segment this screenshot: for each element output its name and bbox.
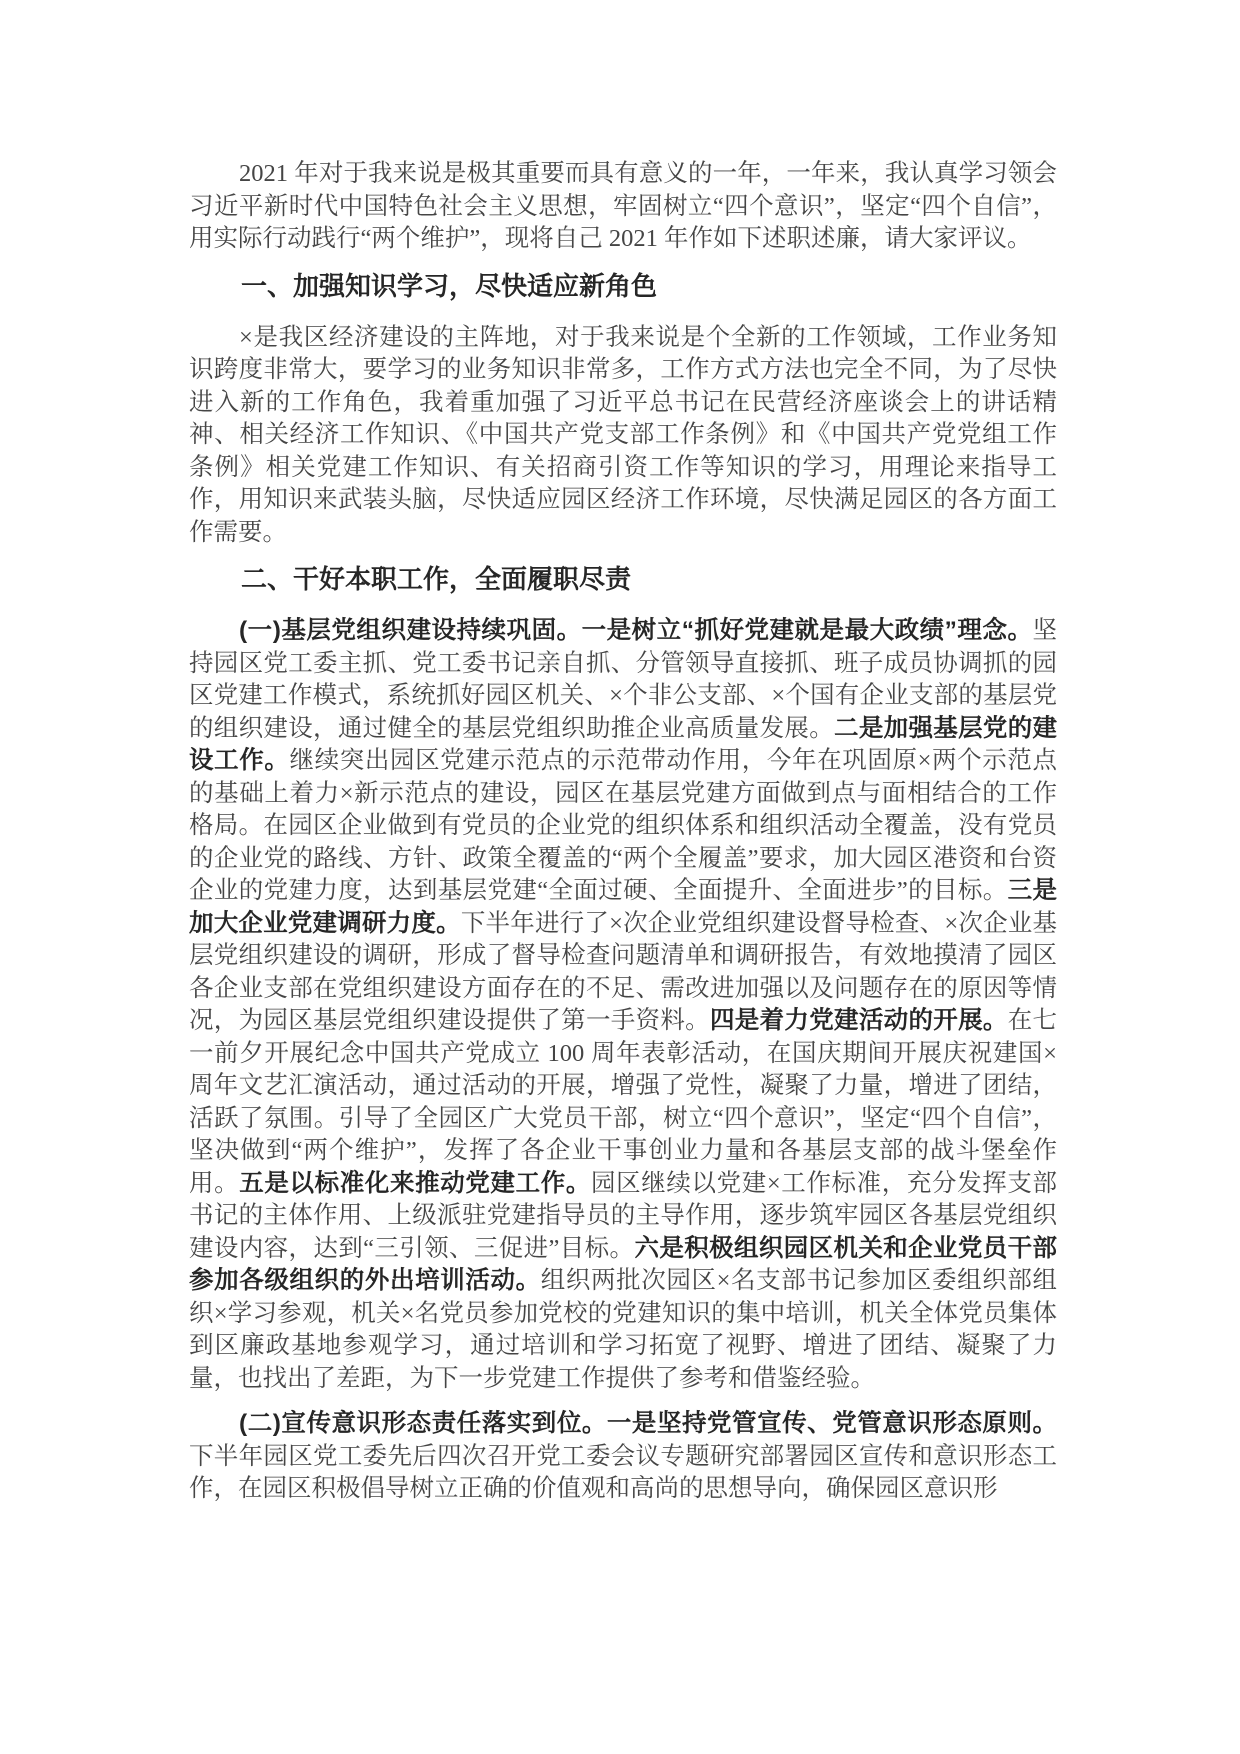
document-page: 2021 年对于我来说是极其重要而具有意义的一年，一年来，我认真学习领会习近平新… [0, 0, 1240, 1754]
paragraph-intro: 2021 年对于我来说是极其重要而具有意义的一年，一年来，我认真学习领会习近平新… [189, 158, 1057, 256]
section-heading-1: 一、加强知识学习，尽快适应新角色 [189, 269, 1057, 303]
bold-run: 五是以标准化来推动党建工作。 [239, 1170, 591, 1197]
text-run: 2021 年对于我来说是极其重要而具有意义的一年，一年来，我认真学习领会习近平新… [189, 160, 1057, 252]
text-run: ×是我区经济建设的主阵地，对于我来说是个全新的工作领域，工作业务知识跨度非常大，… [189, 324, 1057, 546]
paragraph-section-1-body: ×是我区经济建设的主阵地，对于我来说是个全新的工作领域，工作业务知识跨度非常大，… [189, 322, 1057, 550]
heading-text: 二、干好本职工作，全面履职尽责 [241, 564, 631, 594]
paragraph-subsection-1: (一)基层党组织建设持续巩固。一是树立“抓好党建就是最大政绩”理念。坚持园区党工… [189, 615, 1057, 1395]
bold-run: (二)宣传意识形态责任落实到位。一是坚持党管宣传、党管意识形态原则。 [239, 1410, 1057, 1437]
heading-text: 一、加强知识学习，尽快适应新角色 [241, 271, 657, 301]
section-heading-2: 二、干好本职工作，全面履职尽责 [189, 562, 1057, 596]
text-run: 下半年园区党工委先后四次召开党工委会议专题研究部署园区宣传和意识形态工作，在园区… [189, 1443, 1057, 1503]
text-run: 继续突出园区党建示范点的示范带动作用，今年在巩固原×两个示范点的基础上着力×新示… [189, 747, 1057, 904]
bold-run: 四是着力党建活动的开展。 [710, 1007, 1008, 1034]
text-run: 在七一前夕开展纪念中国共产党成立 100 周年表彰活动，在国庆期间开展庆祝建国×… [189, 1007, 1057, 1197]
bold-run: (一)基层党组织建设持续巩固。一是树立“抓好党建就是最大政绩”理念。 [239, 617, 1033, 644]
paragraph-subsection-2: (二)宣传意识形态责任落实到位。一是坚持党管宣传、党管意识形态原则。下半年园区党… [189, 1408, 1057, 1506]
